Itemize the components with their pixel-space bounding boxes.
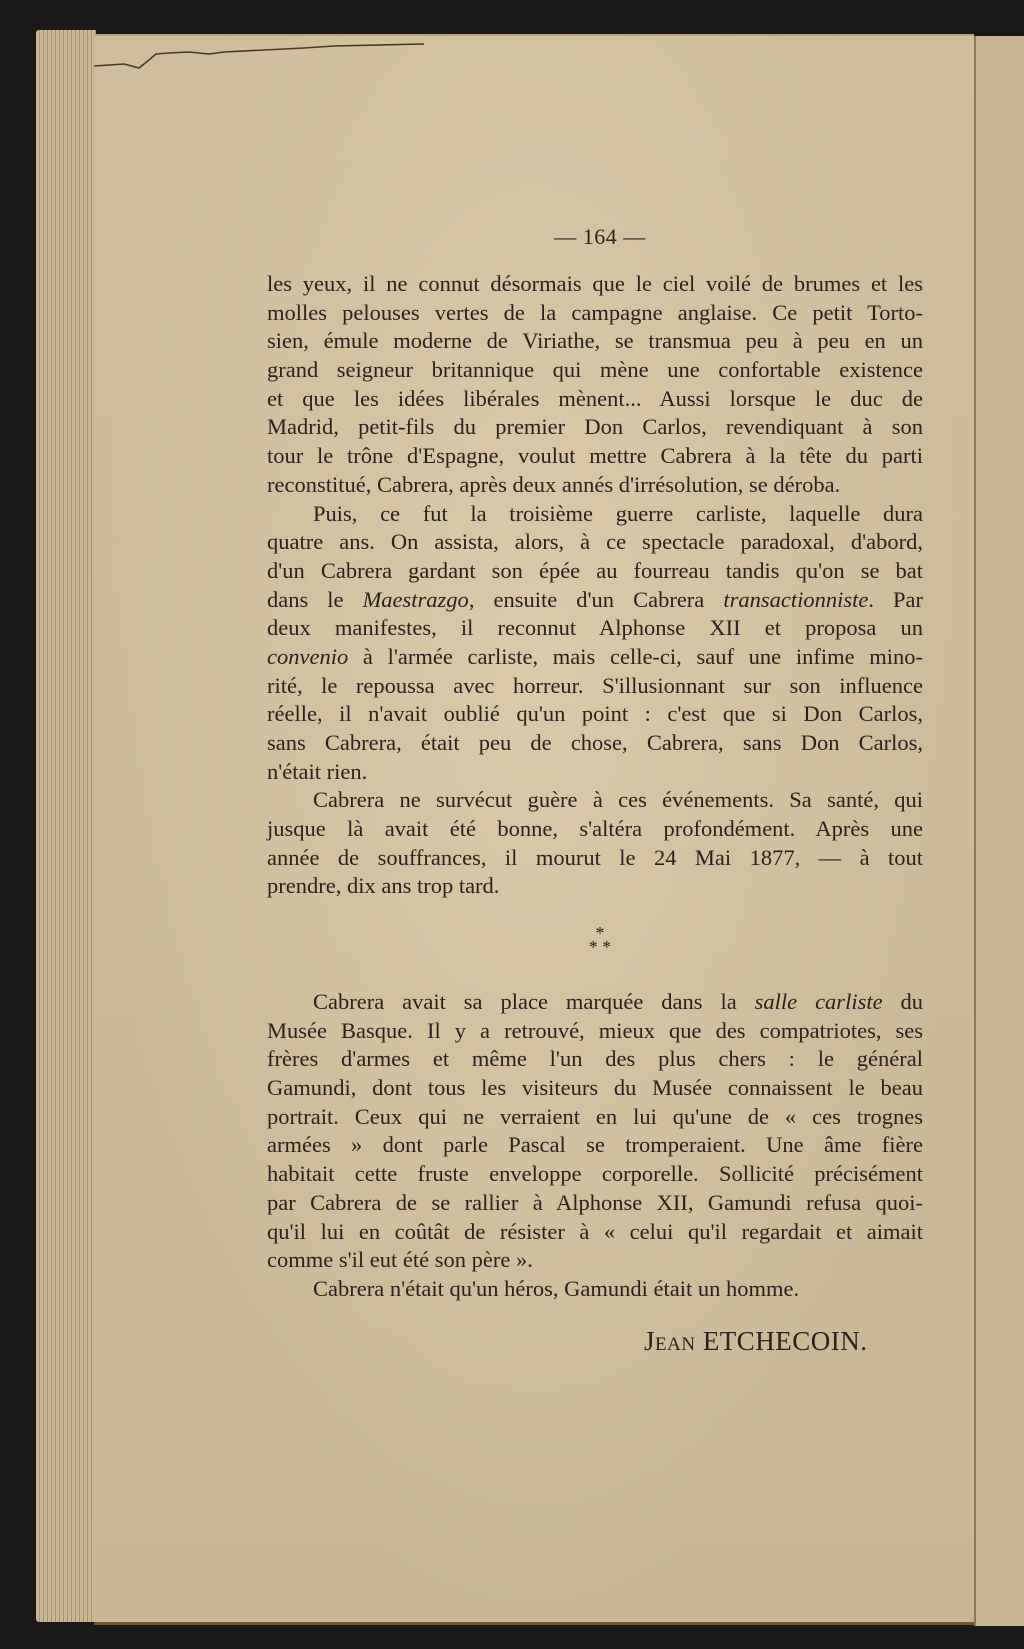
text-line: Musée Basque. Il y a retrouvé, mieux que…: [267, 1017, 923, 1046]
paragraph: Cabrera ne survécut guère à ces événemen…: [267, 786, 923, 901]
text-line: armées » dont parle Pascal se tromperaie…: [267, 1131, 923, 1160]
paragraph: Cabrera avait sa place marquée dans la s…: [267, 988, 923, 1275]
text-line: d'un Cabrera gardant son épée au fourrea…: [267, 557, 923, 586]
text-line: reconstitué, Cabrera, après deux annés d…: [267, 471, 923, 500]
text-line: habitait cette fruste enveloppe corporel…: [267, 1160, 923, 1189]
text-line: les yeux, il ne connut désormais que le …: [267, 270, 923, 299]
text-line: Puis, ce fut la troisième guerre carlist…: [267, 500, 923, 529]
text-line: Cabrera n'était qu'un héros, Gamundi éta…: [267, 1275, 923, 1304]
asterism-bottom: * *: [570, 940, 630, 954]
author-last-name: ETCHECOIN.: [703, 1326, 868, 1356]
paragraph: Cabrera n'était qu'un héros, Gamundi éta…: [267, 1275, 923, 1304]
section-1-text: les yeux, il ne connut désormais que le …: [267, 270, 923, 901]
text-line: Gamundi, dont tous les visiteurs du Musé…: [267, 1074, 923, 1103]
text-line: dans le Maestrazgo, ensuite d'un Cabrera…: [267, 586, 923, 615]
text-line: molles pelouses vertes de la campagne an…: [267, 299, 923, 328]
paragraph: Puis, ce fut la troisième guerre carlist…: [267, 500, 923, 787]
text-line: année de souffrances, il mourut le 24 Ma…: [267, 844, 923, 873]
paragraph: les yeux, il ne connut désormais que le …: [267, 270, 923, 500]
text-line: prendre, dix ans trop tard.: [267, 872, 923, 901]
text-line: convenio à l'armée carliste, mais celle-…: [267, 643, 923, 672]
text-line: comme s'il eut été son père ».: [267, 1246, 923, 1275]
text-line: quatre ans. On assista, alors, à ce spec…: [267, 528, 923, 557]
asterism-divider: * * *: [570, 926, 630, 954]
section-2-text: Cabrera avait sa place marquée dans la s…: [267, 988, 923, 1304]
text-line: Madrid, petit-fils du premier Don Carlos…: [267, 413, 923, 442]
text-line: tour le trône d'Espagne, voulut mettre C…: [267, 442, 923, 471]
document-content: — 164 — les yeux, il ne connut désormais…: [0, 0, 1024, 1649]
author-first-name: Jean: [644, 1326, 696, 1356]
text-line: rité, le repoussa avec horreur. S'illusi…: [267, 672, 923, 701]
text-line: Cabrera avait sa place marquée dans la s…: [267, 988, 923, 1017]
text-line: par Cabrera de se rallier à Alphonse XII…: [267, 1189, 923, 1218]
text-line: jusque là avait été bonne, s'altéra prof…: [267, 815, 923, 844]
page-number: — 164 —: [0, 224, 1024, 250]
text-line: sien, émule moderne de Viriathe, se tran…: [267, 327, 923, 356]
text-line: Cabrera ne survécut guère à ces événemen…: [267, 786, 923, 815]
text-line: frères d'armes et même l'un des plus che…: [267, 1045, 923, 1074]
text-line: qu'il lui en coûtât de résister à « celu…: [267, 1218, 923, 1247]
text-line: sans Cabrera, était peu de chose, Cabrer…: [267, 729, 923, 758]
author-signature: Jean ETCHECOIN.: [644, 1326, 868, 1357]
text-line: portrait. Ceux qui ne verraient en lui q…: [267, 1103, 923, 1132]
text-line: et que les idées libérales mènent... Aus…: [267, 385, 923, 414]
text-line: réelle, il n'avait oublié qu'un point : …: [267, 700, 923, 729]
text-line: deux manifestes, il reconnut Alphonse XI…: [267, 614, 923, 643]
text-line: grand seigneur britannique qui mène une …: [267, 356, 923, 385]
text-line: n'était rien.: [267, 758, 923, 787]
